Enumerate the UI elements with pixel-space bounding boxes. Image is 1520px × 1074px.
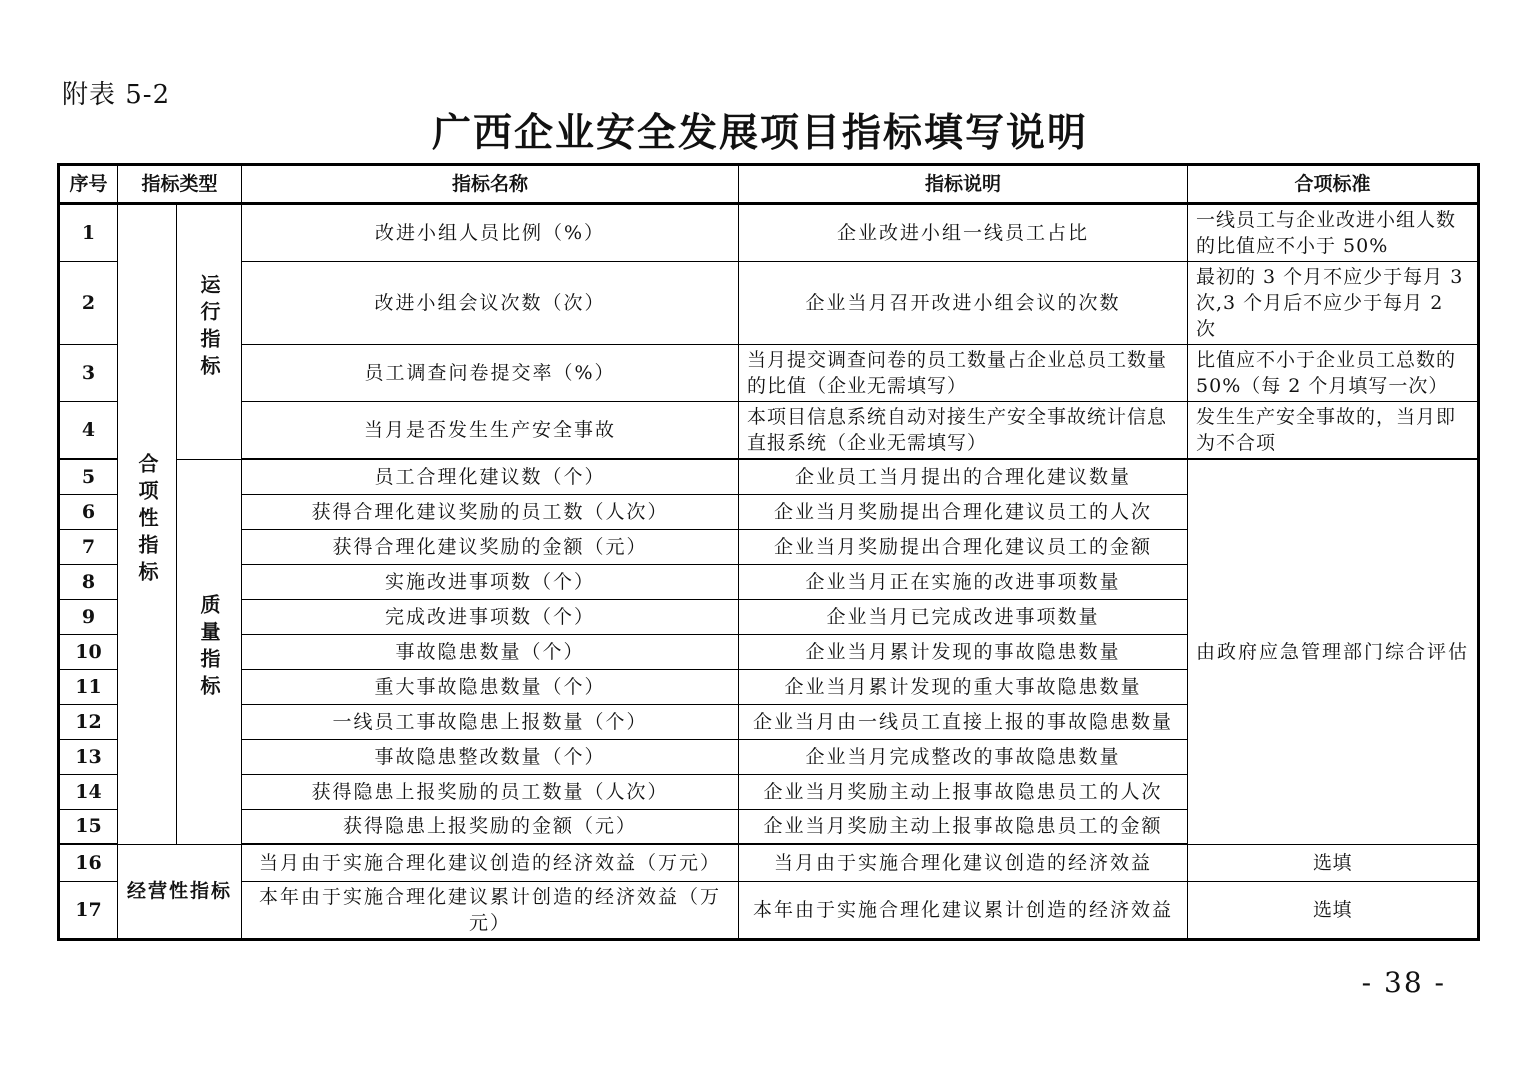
row-number: 5 [59,459,118,494]
table-row: 3员工调查问卷提交率（%）当月提交调查问卷的员工数量占企业总员工数量的比值（企业… [59,345,1479,402]
standard-cell: 选填 [1188,844,1479,881]
subgroup-label-text: 质量指标 [199,594,219,702]
indicator-desc-cell: 本项目信息系统自动对接生产安全事故统计信息直报系统（企业无需填写） [739,402,1188,460]
subgroup-label-zhiliang: 质量指标 [177,459,242,844]
row-number: 1 [59,204,118,262]
row-number: 10 [59,634,118,669]
indicator-table: 序号 指标类型 指标名称 指标说明 合项标准 1合项性指标运行指标改进小组人员比… [57,163,1480,941]
row-number: 17 [59,881,118,939]
row-number: 4 [59,402,118,460]
indicator-desc-cell: 企业当月正在实施的改进事项数量 [739,564,1188,599]
standard-cell: 发生生产安全事故的，当月即为不合项 [1188,402,1479,460]
indicator-name-cell: 获得隐患上报奖励的金额（元） [242,809,739,844]
indicator-desc-cell: 企业当月奖励主动上报事故隐患员工的人次 [739,774,1188,809]
row-number: 3 [59,345,118,402]
indicator-desc-cell: 企业当月由一线员工直接上报的事故隐患数量 [739,704,1188,739]
indicator-desc-cell: 企业当月奖励提出合理化建议员工的金额 [739,529,1188,564]
table-row: 16经营性指标当月由于实施合理化建议创造的经济效益（万元）当月由于实施合理化建议… [59,844,1479,881]
indicator-desc-cell: 当月提交调查问卷的员工数量占企业总员工数量的比值（企业无需填写） [739,345,1188,402]
row-number: 7 [59,529,118,564]
indicator-name-cell: 员工合理化建议数（个） [242,459,739,494]
indicator-name-cell: 当月由于实施合理化建议创造的经济效益（万元） [242,844,739,881]
header-standard: 合项标准 [1188,165,1479,204]
indicator-name-cell: 完成改进事项数（个） [242,599,739,634]
header-no: 序号 [59,165,118,204]
table-row: 17本年由于实施合理化建议累计创造的经济效益（万元）本年由于实施合理化建议累计创… [59,881,1479,939]
indicator-desc-cell: 企业改进小组一线员工占比 [739,204,1188,262]
header-name: 指标名称 [242,165,739,204]
table-row: 1合项性指标运行指标改进小组人员比例（%）企业改进小组一线员工占比一线员工与企业… [59,204,1479,262]
table-row: 5质量指标员工合理化建议数（个）企业员工当月提出的合理化建议数量由政府应急管理部… [59,459,1479,494]
indicator-name-cell: 一线员工事故隐患上报数量（个） [242,704,739,739]
row-number: 11 [59,669,118,704]
header-type: 指标类型 [118,165,242,204]
page-title: 广西企业安全发展项目指标填写说明 [0,102,1520,158]
row-number: 6 [59,494,118,529]
row-number: 9 [59,599,118,634]
merged-standard-cell: 由政府应急管理部门综合评估 [1188,459,1479,844]
indicator-desc-cell: 企业员工当月提出的合理化建议数量 [739,459,1188,494]
table-header-row: 序号 指标类型 指标名称 指标说明 合项标准 [59,165,1479,204]
indicator-name-cell: 员工调查问卷提交率（%） [242,345,739,402]
row-number: 16 [59,844,118,881]
indicator-desc-cell: 企业当月奖励主动上报事故隐患员工的金额 [739,809,1188,844]
indicator-desc-cell: 企业当月奖励提出合理化建议员工的人次 [739,494,1188,529]
indicator-name-cell: 改进小组人员比例（%） [242,204,739,262]
indicator-desc-cell: 企业当月已完成改进事项数量 [739,599,1188,634]
row-number: 15 [59,809,118,844]
standard-cell: 一线员工与企业改进小组人数的比值应不小于 50% [1188,204,1479,262]
indicator-name-cell: 获得合理化建议奖励的员工数（人次） [242,494,739,529]
indicator-desc-cell: 企业当月累计发现的事故隐患数量 [739,634,1188,669]
indicator-desc-cell: 企业当月召开改进小组会议的次数 [739,262,1188,345]
indicator-name-cell: 事故隐患整改数量（个） [242,739,739,774]
indicator-name-cell: 获得合理化建议奖励的金额（元） [242,529,739,564]
standard-cell: 选填 [1188,881,1479,939]
header-desc: 指标说明 [739,165,1188,204]
indicator-desc-cell: 企业当月完成整改的事故隐患数量 [739,739,1188,774]
row-number: 8 [59,564,118,599]
type-group-label-heji: 合项性指标 [118,204,177,845]
indicator-name-cell: 本年由于实施合理化建议累计创造的经济效益（万元） [242,881,739,939]
standard-cell: 最初的 3 个月不应少于每月 3 次,3 个月后不应少于每月 2 次 [1188,262,1479,345]
row-number: 13 [59,739,118,774]
subgroup-label-yunxing: 运行指标 [177,204,242,460]
indicator-desc-cell: 当月由于实施合理化建议创造的经济效益 [739,844,1188,881]
table-row: 4当月是否发生生产安全事故本项目信息系统自动对接生产安全事故统计信息直报系统（企… [59,402,1479,460]
indicator-name-cell: 获得隐患上报奖励的员工数量（人次） [242,774,739,809]
document-page: 附表 5-2 广西企业安全发展项目指标填写说明 序号 指标类型 指标名称 指标说… [0,0,1520,1074]
indicator-name-cell: 重大事故隐患数量（个） [242,669,739,704]
indicator-name-cell: 实施改进事项数（个） [242,564,739,599]
indicator-desc-cell: 本年由于实施合理化建议累计创造的经济效益 [739,881,1188,939]
indicator-name-cell: 当月是否发生生产安全事故 [242,402,739,460]
type-group-label-jingying: 经营性指标 [118,844,242,939]
indicator-desc-cell: 企业当月累计发现的重大事故隐患数量 [739,669,1188,704]
page-number: - 38 - [1362,966,1446,999]
row-number: 2 [59,262,118,345]
type-group-label-text: 合项性指标 [137,453,157,588]
table-row: 2改进小组会议次数（次）企业当月召开改进小组会议的次数最初的 3 个月不应少于每… [59,262,1479,345]
indicator-name-cell: 事故隐患数量（个） [242,634,739,669]
subgroup-label-text: 运行指标 [199,274,219,382]
indicator-name-cell: 改进小组会议次数（次） [242,262,739,345]
row-number: 12 [59,704,118,739]
row-number: 14 [59,774,118,809]
standard-cell: 比值应不小于企业员工总数的 50%（每 2 个月填写一次） [1188,345,1479,402]
